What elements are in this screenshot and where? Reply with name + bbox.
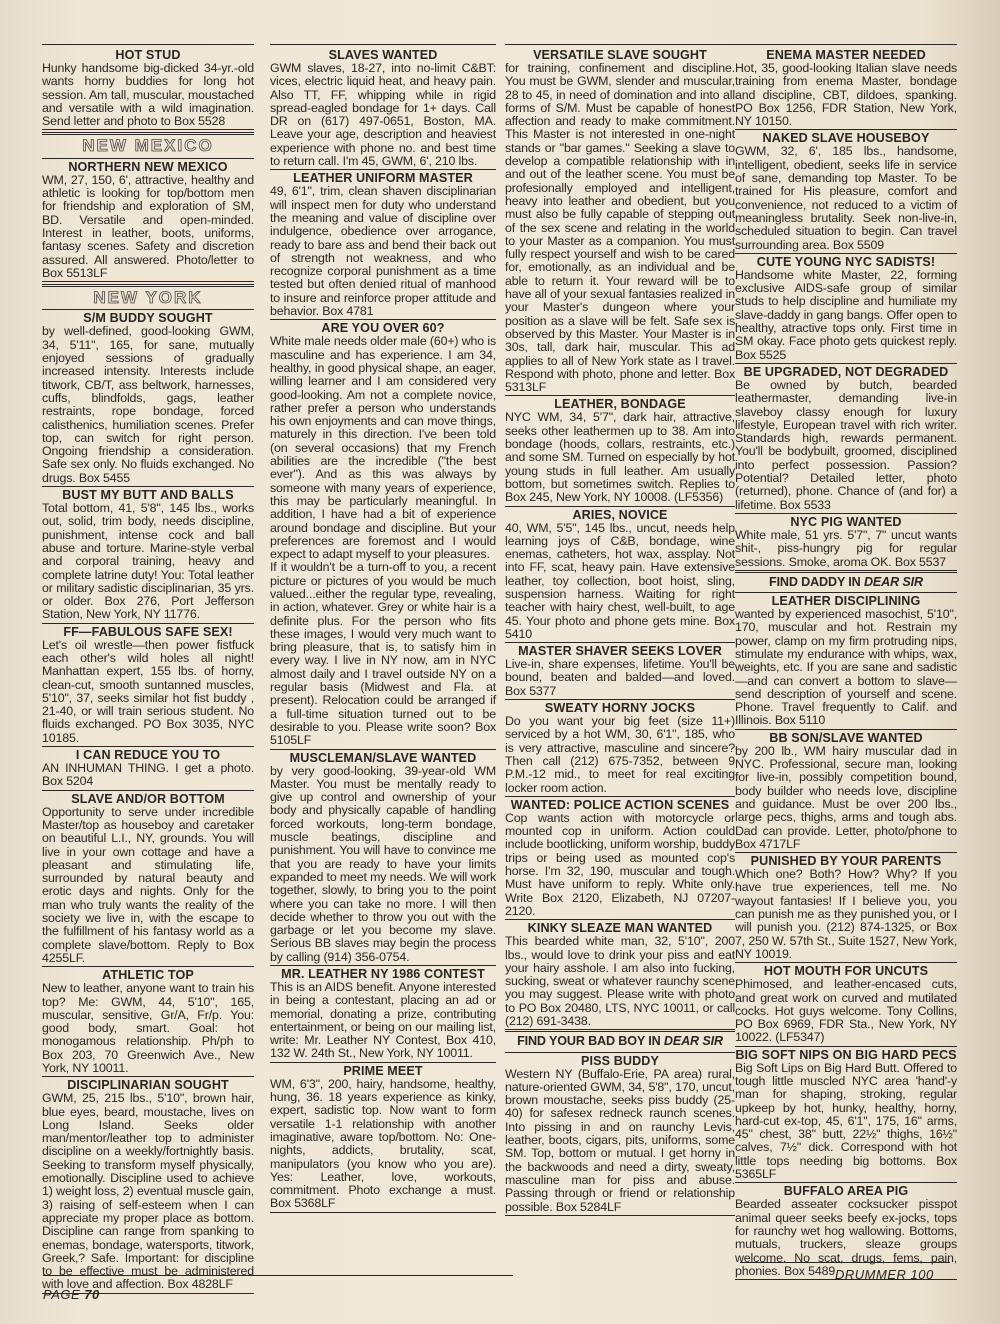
classified-ad: NAKED SLAVE HOUSEBOYGWM, 32, 6', 185 lbs… bbox=[735, 130, 957, 253]
ad-title: BB SON/SLAVE WANTED bbox=[735, 732, 957, 745]
classified-ad: BE UPGRADED, NOT DEGRADEDBe owned by but… bbox=[735, 364, 957, 514]
ad-body: Be owned by butch, bearded leathermaster… bbox=[735, 379, 957, 512]
ad-title: BE UPGRADED, NOT DEGRADED bbox=[735, 366, 957, 379]
publication-name: DRUMMER 100 bbox=[835, 1267, 934, 1282]
ad-body: GWM, 32, 6', 185 lbs., handsome, intelli… bbox=[735, 145, 957, 251]
classified-ad: PRIME MEETWM, 6'3", 200, hairy, handsome… bbox=[270, 1063, 496, 1213]
classified-ad: SLAVES WANTEDGWM slaves, 18-27, into no-… bbox=[270, 47, 496, 170]
ad-body: Handsome white Master, 22, forming exclu… bbox=[735, 269, 957, 362]
page-label: PAGE bbox=[43, 1287, 80, 1302]
ad-body: GWM, 25, 215 lbs., 5'10", brown hair, bl… bbox=[42, 1092, 254, 1291]
classified-ad: BIG SOFT NIPS ON BIG HARD PECSBig Soft L… bbox=[735, 1047, 957, 1184]
ad-body: by very good-looking, 39-year-old WM Mas… bbox=[270, 765, 496, 964]
ad-title: CUTE YOUNG NYC SADISTS! bbox=[735, 256, 957, 269]
section-title: NEW YORK bbox=[93, 288, 202, 307]
ad-body: New to leather, anyone want to train his… bbox=[42, 982, 254, 1075]
page-number: PAGE 70 bbox=[43, 1287, 100, 1302]
ad-title: BIG SOFT NIPS ON BIG HARD PECS bbox=[735, 1049, 957, 1062]
classified-ad: SWEATY HORNY JOCKSDo you want your big f… bbox=[505, 700, 735, 797]
classified-ad: NYC PIG WANTEDWhite male, 51 yrs. 5'7", … bbox=[735, 514, 957, 571]
classified-ad: S/M BUDDY SOUGHTby well-defined, good-lo… bbox=[42, 310, 254, 487]
column-4: ENEMA MASTER NEEDEDHot, 35, good-looking… bbox=[735, 44, 957, 1280]
classified-ad: VERSATILE SLAVE SOUGHTfor training, conf… bbox=[505, 47, 735, 396]
classified-ad: MASTER SHAVER SEEKS LOVERLive-in, share … bbox=[505, 643, 735, 700]
ad-body: White male needs older male (60+) who is… bbox=[270, 335, 496, 561]
classified-ad: WANTED: POLICE ACTION SCENESCop wants ac… bbox=[505, 797, 735, 920]
classified-ad: CUTE YOUNG NYC SADISTS!Handsome white Ma… bbox=[735, 254, 957, 364]
ad-body: wanted by experienced masochist, 5'10", … bbox=[735, 608, 957, 728]
classified-ad: ENEMA MASTER NEEDEDHot, 35, good-looking… bbox=[735, 47, 957, 130]
ad-body: Big Soft Lips on Big Hard Butt. Offered … bbox=[735, 1062, 957, 1182]
classified-ad: DISCIPLINARIAN SOUGHTGWM, 25, 215 lbs., … bbox=[42, 1077, 254, 1293]
promo-text: FIND YOUR BAD BOY IN bbox=[517, 1034, 660, 1048]
classified-ad: ARIES, NOVICE40, WM, 5'5", 145 lbs., unc… bbox=[505, 507, 735, 644]
ad-body: Western NY (Buffalo-Erie, PA area) rural… bbox=[505, 1068, 735, 1214]
ad-body: This is an AIDS benefit. Anyone interest… bbox=[270, 981, 496, 1061]
classified-ad: MR. LEATHER NY 1986 CONTESTThis is an AI… bbox=[270, 966, 496, 1063]
ad-body: Live-in, share expenses, lifetime. You'l… bbox=[505, 658, 735, 698]
column-3: VERSATILE SLAVE SOUGHTfor training, conf… bbox=[505, 44, 735, 1216]
column-top-rule bbox=[505, 44, 735, 45]
classified-ad: HOT MOUTH FOR UNCUTSPhimosed, and leathe… bbox=[735, 963, 957, 1046]
classified-ad: PUNISHED BY YOUR PARENTSWhich one? Both?… bbox=[735, 853, 957, 963]
footer-divider-right bbox=[740, 1262, 950, 1263]
classified-ad: LEATHER UNIFORM MASTER49, 6'1", trim, cl… bbox=[270, 170, 496, 320]
promo-banner: FIND YOUR BAD BOY IN DEAR SIR bbox=[505, 1031, 735, 1052]
footer-divider bbox=[43, 1275, 513, 1276]
column-2: SLAVES WANTEDGWM slaves, 18-27, into no-… bbox=[270, 44, 496, 1213]
promo-emphasis: DEAR SIR bbox=[864, 575, 923, 589]
ad-body: WM, 6'3", 200, hairy, handsome, healthy,… bbox=[270, 1078, 496, 1211]
classified-ad: FF—FABULOUS SAFE SEX!Let's oil wrestle—t… bbox=[42, 624, 254, 747]
ad-body: by 200 lb., WM hairy muscular dad in NYC… bbox=[735, 745, 957, 851]
ad-body: Phimosed, and leather-encased cuts, and … bbox=[735, 978, 957, 1044]
ad-body: 40, WM, 5'5", 145 lbs., uncut, needs hel… bbox=[505, 522, 735, 642]
column-top-rule bbox=[735, 44, 957, 45]
ad-title: NORTHERN NEW MEXICO bbox=[42, 161, 254, 174]
ad-title: PISS BUDDY bbox=[505, 1055, 735, 1068]
classified-ad: LEATHER DISCIPLININGwanted by experience… bbox=[735, 593, 957, 730]
classified-ad: ATHLETIC TOPNew to leather, anyone want … bbox=[42, 967, 254, 1077]
ad-body: Do you want your big feet (size 11+) ser… bbox=[505, 715, 735, 795]
ad-title: SLAVE AND/OR BOTTOM bbox=[42, 793, 254, 806]
section-header: NEW YORK bbox=[42, 284, 254, 310]
ad-body: AN INHUMAN THING. I get a photo. Box 520… bbox=[42, 762, 254, 789]
ad-body: Cop wants action with motorcycle or moun… bbox=[505, 812, 735, 918]
classified-ad: PISS BUDDYWestern NY (Buffalo-Erie, PA a… bbox=[505, 1053, 735, 1216]
ad-body: Hot, 35, good-looking Italian slave need… bbox=[735, 62, 957, 128]
classified-ad: BUST MY BUTT AND BALLSTotal bottom, 41, … bbox=[42, 487, 254, 624]
ad-title: WANTED: POLICE ACTION SCENES bbox=[505, 799, 735, 812]
ad-body: If it wouldn't be a turn-off to you, a r… bbox=[270, 561, 496, 747]
ad-body: White male, 51 yrs. 5'7", 7" uncut wants… bbox=[735, 529, 957, 569]
classified-ad: MUSCLEMAN/SLAVE WANTEDby very good-looki… bbox=[270, 750, 496, 966]
ad-body: GWM slaves, 18-27, into no-limit C&BT: v… bbox=[270, 62, 496, 168]
classified-ad: HOT STUDHunky handsome big-dicked 34-yr.… bbox=[42, 47, 254, 130]
classified-ad: SLAVE AND/OR BOTTOMOpportunity to serve … bbox=[42, 791, 254, 968]
classified-ad: KINKY SLEAZE MAN WANTEDThis bearded whit… bbox=[505, 920, 735, 1030]
ad-title: NYC PIG WANTED bbox=[735, 516, 957, 529]
column-1: HOT STUDHunky handsome big-dicked 34-yr.… bbox=[42, 44, 254, 1294]
ad-body: Which one? Both? How? Why? If you have t… bbox=[735, 868, 957, 961]
section-title: NEW MEXICO bbox=[82, 136, 213, 155]
classified-ad: LEATHER, BONDAGENYC WM, 34, 5'7", dark h… bbox=[505, 396, 735, 506]
ad-body: WM, 27, 150, 6', attractive, healthy and… bbox=[42, 174, 254, 280]
page-number-value: 70 bbox=[84, 1287, 99, 1302]
column-top-rule bbox=[270, 44, 496, 45]
ad-body: NYC WM, 34, 5'7", dark hair, attractive,… bbox=[505, 411, 735, 504]
ad-body: Total bottom, 41, 5'8", 145 lbs., works … bbox=[42, 502, 254, 622]
classified-ad: BB SON/SLAVE WANTEDby 200 lb., WM hairy … bbox=[735, 730, 957, 853]
classified-ad: ARE YOU OVER 60?White male needs older m… bbox=[270, 320, 496, 749]
ad-body: 49, 6'1", trim, clean shaven disciplinar… bbox=[270, 185, 496, 318]
ad-body: by well-defined, good-looking GWM, 34, 5… bbox=[42, 325, 254, 485]
ad-body: This bearded white man, 32, 5'10", 200 l… bbox=[505, 935, 735, 1028]
ad-title: MUSCLEMAN/SLAVE WANTED bbox=[270, 752, 496, 765]
ad-title: FF—FABULOUS SAFE SEX! bbox=[42, 626, 254, 639]
ad-body: Opportunity to serve under incredible Ma… bbox=[42, 806, 254, 966]
ad-title: ARIES, NOVICE bbox=[505, 509, 735, 522]
column-top-rule bbox=[42, 44, 254, 45]
magazine-page: HOT STUDHunky handsome big-dicked 34-yr.… bbox=[40, 44, 955, 1274]
promo-text: FIND DADDY IN bbox=[769, 575, 861, 589]
ad-body: Hunky handsome big-dicked 34-yr.-old wan… bbox=[42, 62, 254, 128]
classified-ad: NORTHERN NEW MEXICOWM, 27, 150, 6', attr… bbox=[42, 159, 254, 282]
classified-ad: BUFFALO AREA PIGBearded asseater cocksuc… bbox=[735, 1183, 957, 1280]
classified-ad: I CAN REDUCE YOU TOAN INHUMAN THING. I g… bbox=[42, 747, 254, 791]
ad-body: for training, confinement and discipline… bbox=[505, 62, 735, 394]
ad-title: PRIME MEET bbox=[270, 1065, 496, 1078]
promo-banner: FIND DADDY IN DEAR SIR bbox=[735, 572, 957, 593]
ad-body: Let's oil wrestle—then power fistfuck ea… bbox=[42, 639, 254, 745]
section-header: NEW MEXICO bbox=[42, 132, 254, 158]
promo-emphasis: DEAR SIR bbox=[664, 1034, 723, 1048]
